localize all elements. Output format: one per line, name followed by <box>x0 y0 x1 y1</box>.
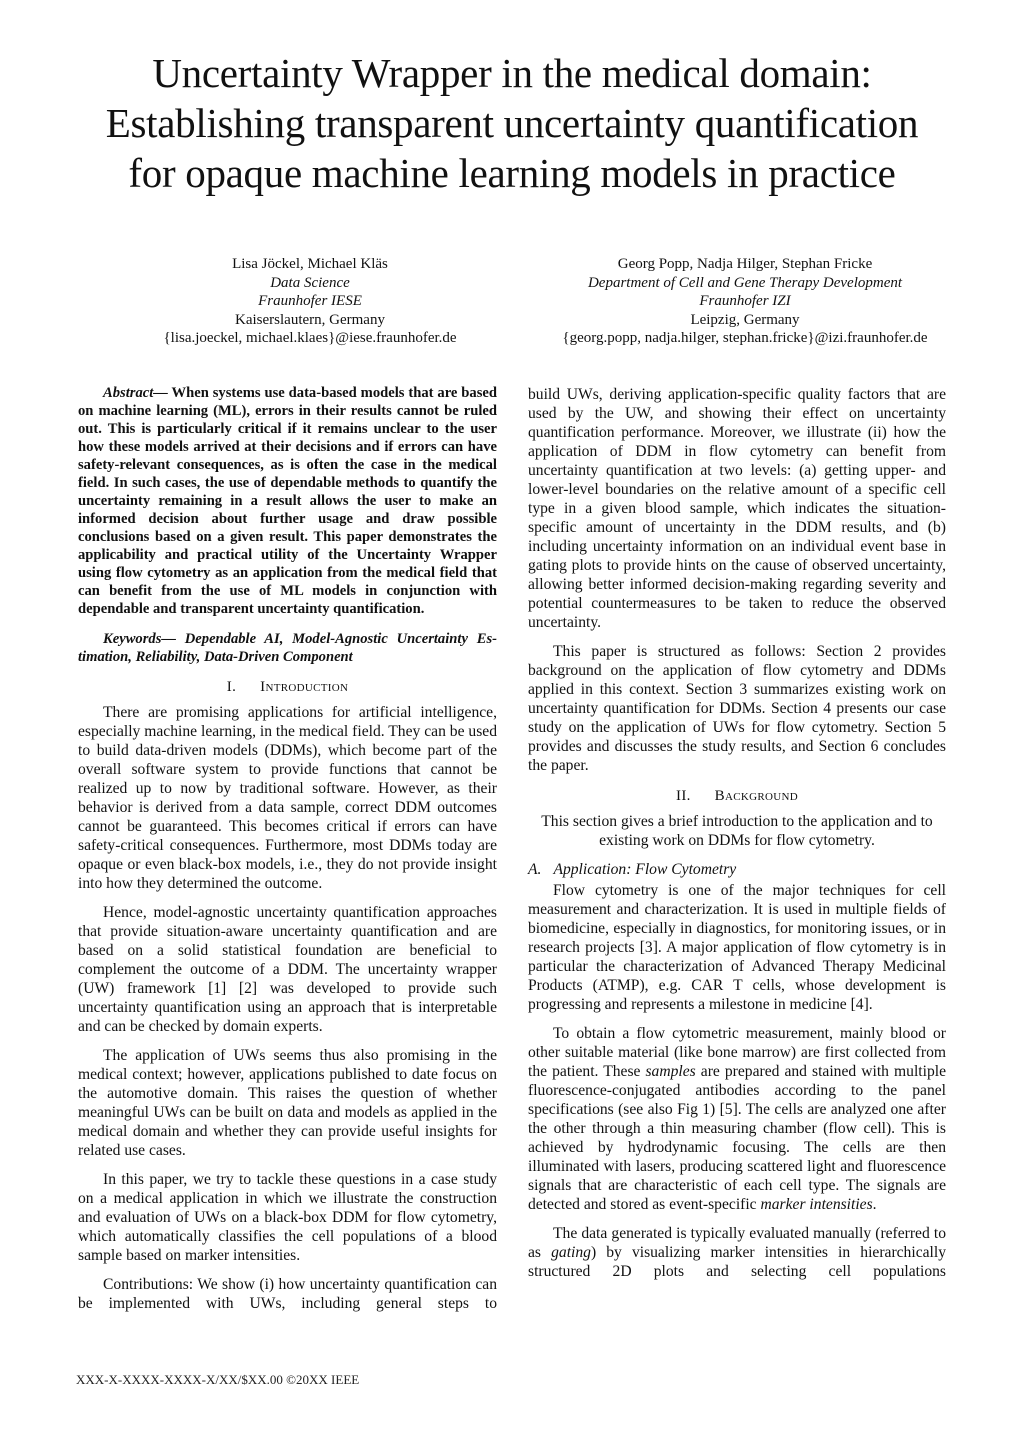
author-department: Data Science <box>130 274 490 293</box>
intro-paragraph-3: The application of UWs seems thus also p… <box>78 1046 497 1160</box>
abstract: Abstract— When systems use data-based mo… <box>78 384 497 618</box>
author-department: Department of Cell and Gene Therapy Deve… <box>535 274 955 293</box>
section-number: I. <box>227 679 236 695</box>
intro-paragraph-2: Hence, model-agnostic uncertainty quanti… <box>78 903 497 1036</box>
author-email: {lisa.joeckel, michael.klaes}@iese.fraun… <box>130 329 490 348</box>
text-run: ) by visualizing marker intensities in h… <box>528 1244 946 1280</box>
author-names: Lisa Jöckel, Michael Kläs <box>130 255 490 274</box>
author-institution: Fraunhofer IZI <box>535 292 955 311</box>
intro-paragraph-1: There are promising applications for art… <box>78 703 497 893</box>
right-column: build UWs, deriving application-specific… <box>528 385 946 1291</box>
left-column: Abstract— When systems use data-based mo… <box>78 384 497 1323</box>
keywords-label: Keywords— <box>103 631 176 647</box>
section-number: II. <box>676 788 691 804</box>
abstract-label: Abstract— <box>103 385 168 401</box>
section-heading-background: II.Background <box>528 787 946 806</box>
keywords: Keywords— Dependable AI, Model-Agnostic … <box>78 630 497 666</box>
section-title: Introduction <box>260 679 348 695</box>
section-heading-introduction: I.Introduction <box>78 678 497 697</box>
intro-paragraph-4: In this paper, we try to tackle these qu… <box>78 1170 497 1265</box>
emphasis-gating: gating <box>551 1244 591 1261</box>
author-institution: Fraunhofer IESE <box>130 292 490 311</box>
background-paragraph-2: To obtain a flow cytometric measurement,… <box>528 1024 946 1214</box>
intro-paragraph-5-continued: build UWs, deriving application-specific… <box>528 385 946 632</box>
author-email: {georg.popp, nadja.hilger, stephan.frick… <box>535 329 955 348</box>
subsection-title: Application: Flow Cytometry <box>553 861 736 878</box>
emphasis-samples: samples <box>645 1063 695 1080</box>
subsection-number: A. <box>528 861 541 878</box>
intro-paragraph-6: This paper is structured as follows: Sec… <box>528 642 946 775</box>
title-line-1: Uncertainty Wrapper in the medical domai… <box>0 48 1024 98</box>
section-title: Background <box>715 788 798 804</box>
title-line-2: Establishing transparent uncertainty qua… <box>0 98 1024 148</box>
intro-paragraph-5: Contributions: We show (i) how uncertain… <box>78 1275 497 1313</box>
background-paragraph-1: Flow cytometry is one of the major techn… <box>528 881 946 1014</box>
paper-title: Uncertainty Wrapper in the medical domai… <box>0 48 1024 198</box>
author-names: Georg Popp, Nadja Hilger, Stephan Fricke <box>535 255 955 274</box>
background-intro: This section gives a brief introduction … <box>528 812 946 850</box>
abstract-text: When systems use data-based models that … <box>78 385 497 617</box>
author-location: Kaiserslautern, Germany <box>130 311 490 330</box>
subsection-heading-flow-cytometry: A.Application: Flow Cytometry <box>528 860 946 879</box>
text-run: . <box>873 1196 877 1213</box>
emphasis-marker-intensities: marker intensities <box>761 1196 873 1213</box>
author-block-izi: Georg Popp, Nadja Hilger, Stephan Fricke… <box>535 255 955 348</box>
copyright-footer: XXX-X-XXXX-XXXX-X/XX/$XX.00 ©20XX IEEE <box>76 1372 359 1388</box>
author-block-iese: Lisa Jöckel, Michael Kläs Data Science F… <box>130 255 490 348</box>
text-run: are prepared and stained with multiple f… <box>528 1063 946 1213</box>
author-location: Leipzig, Germany <box>535 311 955 330</box>
background-paragraph-3: The data generated is typically evaluate… <box>528 1224 946 1281</box>
title-line-3: for opaque machine learning models in pr… <box>0 148 1024 198</box>
